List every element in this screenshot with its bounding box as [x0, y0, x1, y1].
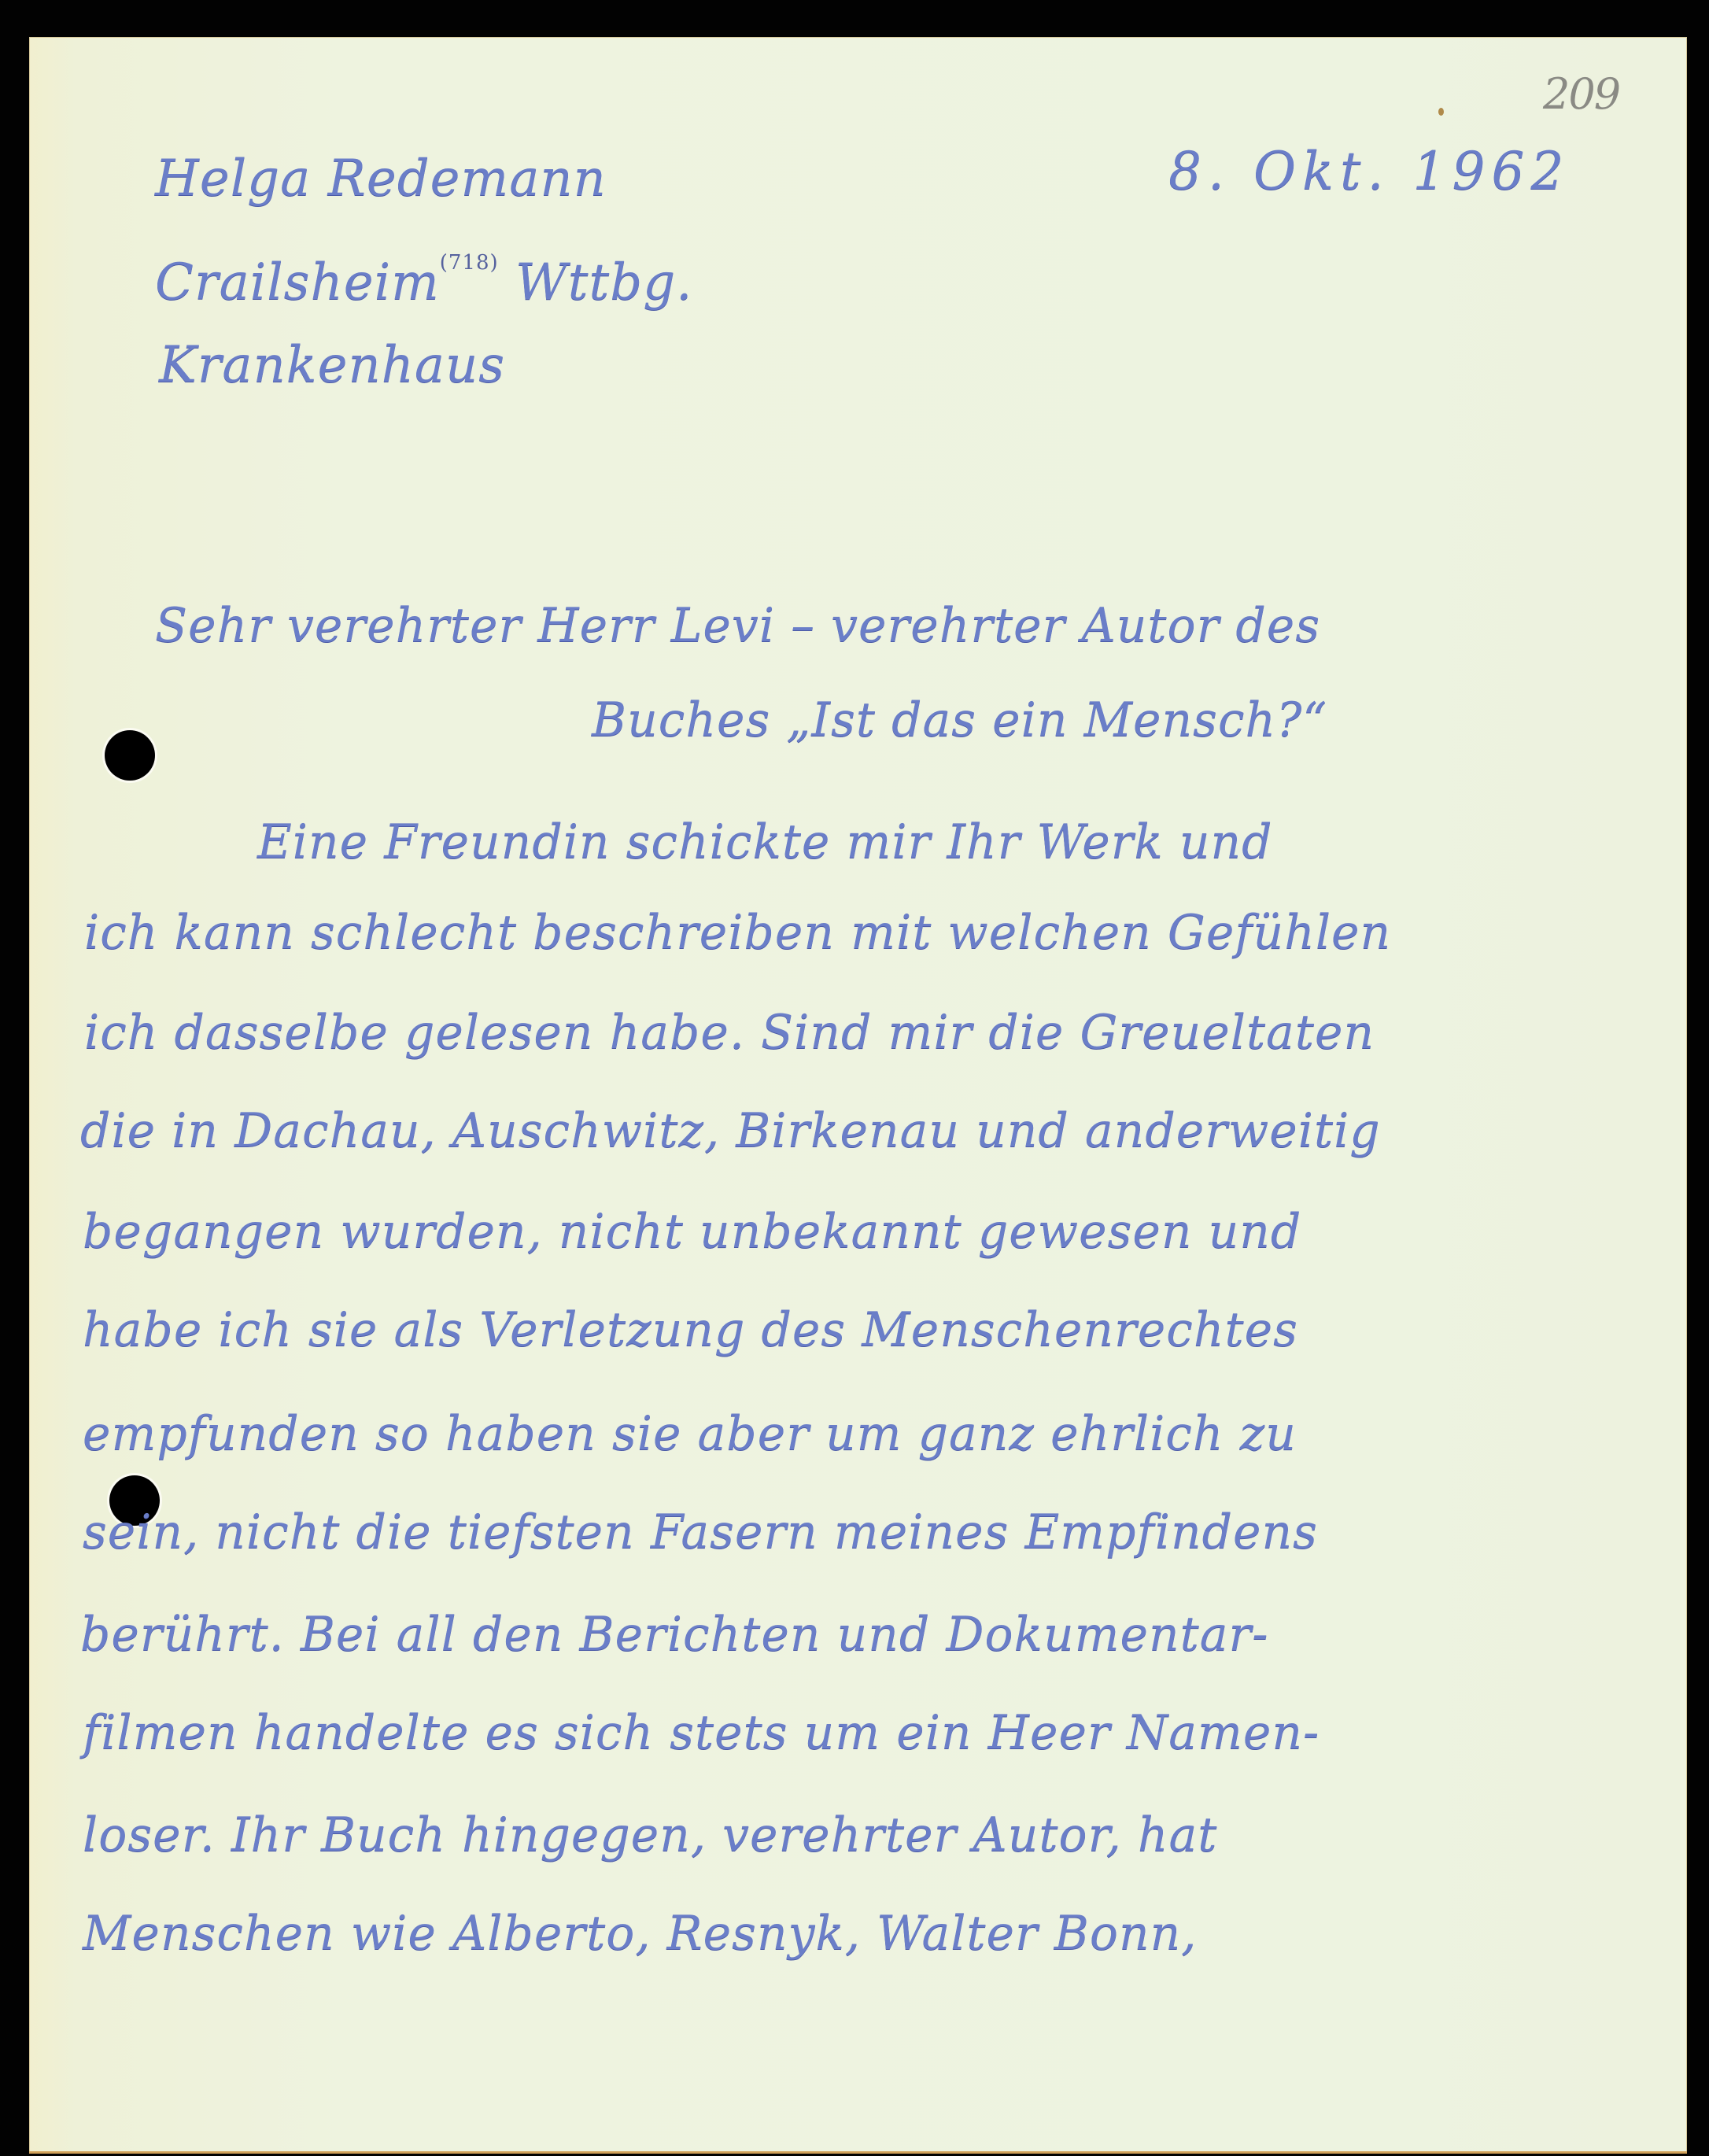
sender-region: Wttbg.	[515, 253, 693, 312]
archive-number: 209	[1543, 73, 1619, 116]
scan-background: 209 Helga Redemann Crailsheim(718) Wttbg…	[0, 0, 1709, 2156]
paper-stain	[1438, 108, 1444, 116]
salutation-line-2: Buches „Ist das ein Mensch?“	[592, 696, 1327, 744]
salutation-line-1: Sehr verehrter Herr Levi – verehrter Aut…	[155, 602, 1320, 649]
body-line: Menschen wie Alberto, Resnyk, Walter Bon…	[83, 1910, 1197, 1957]
letter-page: 209 Helga Redemann Crailsheim(718) Wttbg…	[29, 37, 1687, 2154]
body-line: berührt. Bei all den Berichten und Dokum…	[80, 1611, 1268, 1658]
body-line: filmen handelte es sich stets um ein Hee…	[83, 1709, 1320, 1756]
sender-city: Crailsheim	[155, 253, 440, 312]
body-line: loser. Ihr Buch hingegen, verehrter Auto…	[83, 1811, 1217, 1859]
sender-address: Crailsheim(718) Wttbg.	[155, 257, 693, 308]
body-line: begangen wurden, nicht unbekannt gewesen…	[83, 1208, 1301, 1255]
body-line: ich dasselbe gelesen habe. Sind mir die …	[84, 1009, 1375, 1056]
sender-institution: Krankenhaus	[159, 340, 505, 390]
body-line: ich kann schlecht beschreiben mit welche…	[84, 909, 1391, 956]
body-line: die in Dachau, Auschwitz, Birkenau und a…	[80, 1107, 1381, 1154]
body-line: habe ich sie als Verletzung des Menschen…	[83, 1306, 1298, 1353]
punch-hole-top	[105, 730, 155, 781]
letter-date: 8. Okt. 1962	[1168, 146, 1571, 198]
body-line: empfunden so haben sie aber um ganz ehrl…	[83, 1410, 1297, 1457]
sender-name: Helga Redemann	[155, 153, 607, 204]
body-line: Eine Freundin schickte mir Ihr Werk und	[257, 818, 1273, 866]
body-line: sein, nicht die tiefsten Fasern meines E…	[83, 1508, 1318, 1556]
sender-postal-code: (718)	[440, 251, 499, 275]
